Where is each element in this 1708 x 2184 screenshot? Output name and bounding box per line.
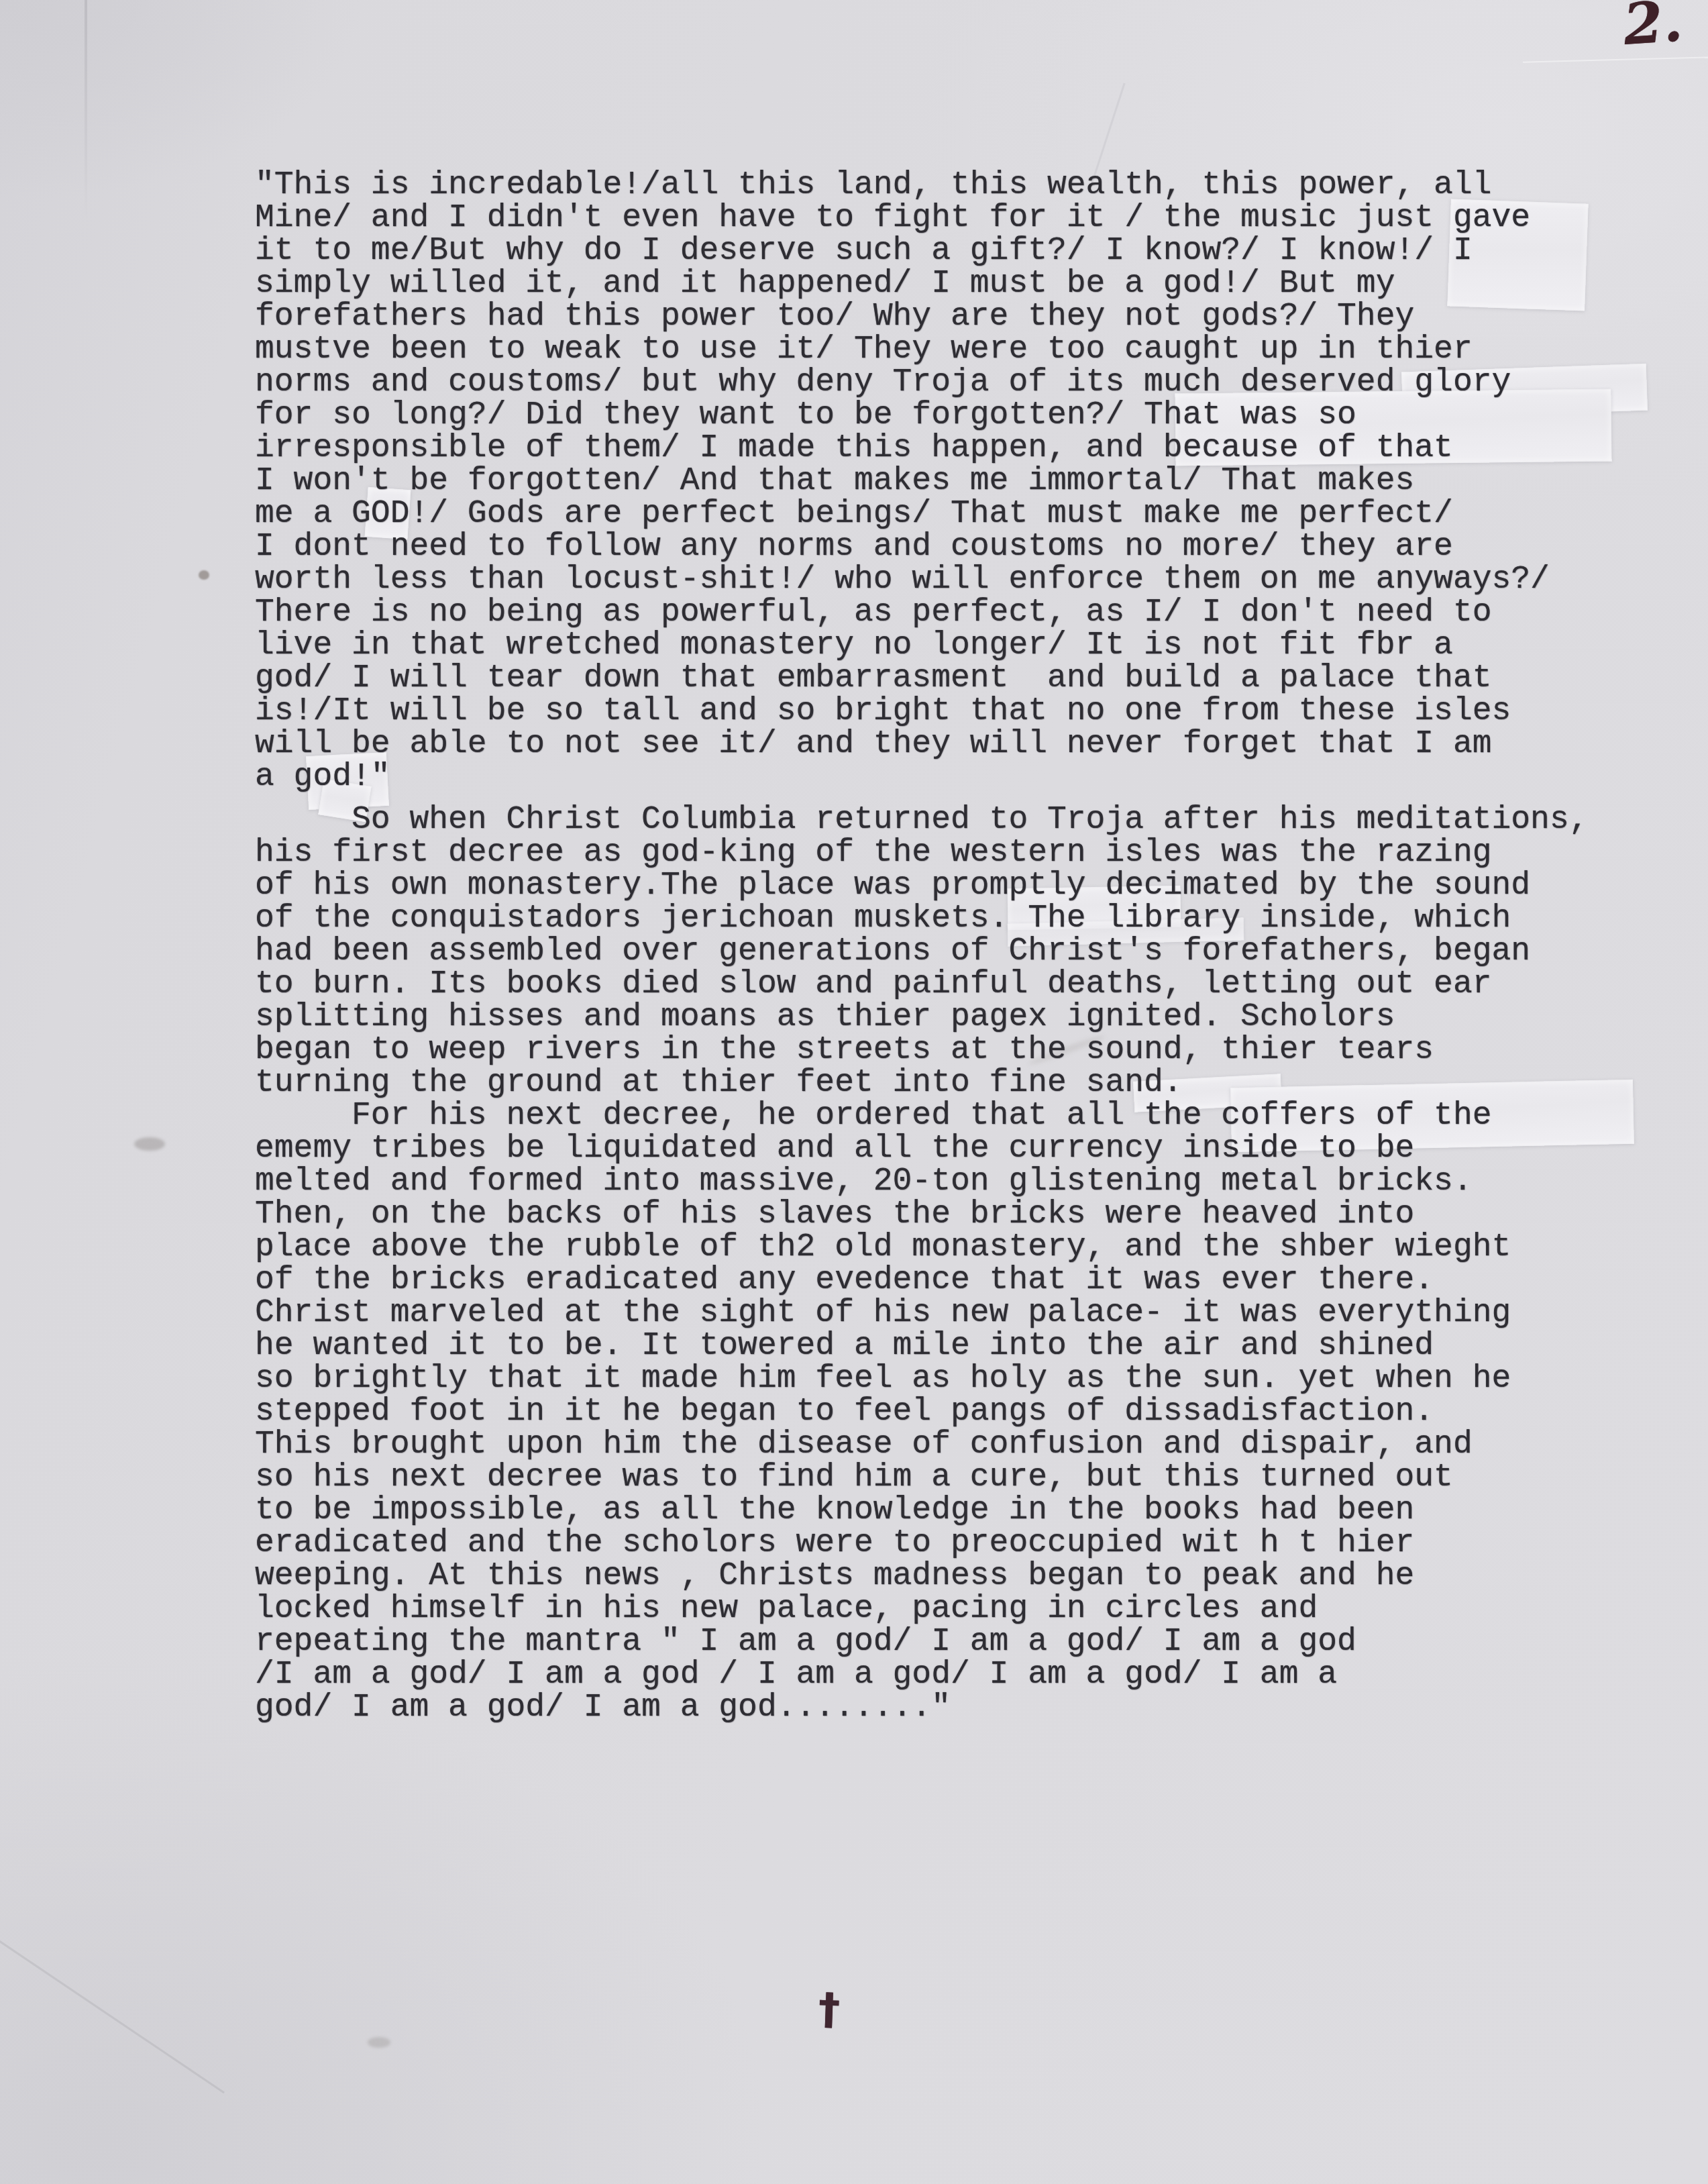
typed-line: so brightly that it made him feel as hol… — [255, 1363, 1589, 1396]
typed-line: to burn. Its books died slow and painful… — [255, 968, 1589, 1001]
typed-line: is!/It will be so tall and so bright tha… — [255, 695, 1589, 728]
typed-line: melted and formed into massive, 20-ton g… — [255, 1165, 1589, 1198]
typed-line: a god!" — [255, 761, 1589, 794]
typed-line: ememy tribes be liquidated and all the c… — [255, 1133, 1589, 1165]
typed-line: so his next decree was to find him a cur… — [255, 1461, 1589, 1494]
handwritten-page-number: 2. — [1621, 0, 1685, 58]
typed-line: Christ marveled at the sight of his new … — [255, 1297, 1589, 1330]
typed-line: weeping. At this news , Christs madness … — [255, 1560, 1589, 1593]
typed-line: repeating the mantra " I am a god/ I am … — [255, 1626, 1589, 1659]
typed-line: So when Christ Columbia returned to Troj… — [255, 804, 1589, 837]
typed-line: splitting hisses and moans as thier page… — [255, 1001, 1589, 1034]
typed-line: For his next decree, he ordered that all… — [255, 1100, 1589, 1133]
typed-line: stepped foot in it he began to feel pang… — [255, 1396, 1589, 1428]
typed-line: This brought upon him the disease of con… — [255, 1428, 1589, 1461]
typed-line: live in that wretched monastery no longe… — [255, 629, 1589, 662]
typed-line: eradicated and the scholors were to preo… — [255, 1527, 1589, 1560]
typed-line: god/ I will tear down that embarrasment … — [255, 662, 1589, 695]
typed-line: simply willed it, and it happened/ I mus… — [255, 268, 1589, 301]
typed-line: had been assembled over generations of C… — [255, 935, 1589, 968]
typed-line: "This is incredable!/all this land, this… — [255, 169, 1589, 202]
typed-line: of his own monastery.The place was promp… — [255, 870, 1589, 902]
typed-line: turning the ground at thier feet into fi… — [255, 1067, 1589, 1100]
handwritten-cross-mark: † — [818, 1984, 841, 2034]
typed-line: norms and coustoms/ but why deny Troja o… — [255, 366, 1589, 399]
typed-line: place above the rubble of th2 old monast… — [255, 1231, 1589, 1264]
typed-line: his first decree as god-king of the west… — [255, 837, 1589, 870]
typed-line: it to me/But why do I deserve such a gif… — [255, 235, 1589, 268]
typed-line: mustve been to weak to use it/ They were… — [255, 333, 1589, 366]
typed-line: Then, on the backs of his slaves the bri… — [255, 1198, 1589, 1231]
typed-line: I dont need to follow any norms and cous… — [255, 531, 1589, 564]
typed-line: me a GOD!/ Gods are perfect beings/ That… — [255, 498, 1589, 531]
typed-line: forefathers had this power too/ Why are … — [255, 301, 1589, 333]
typed-text-block: "This is incredable!/all this land, this… — [255, 169, 1589, 1724]
crease — [85, 0, 87, 221]
typed-line: I won't be forgotten/ And that makes me … — [255, 465, 1589, 498]
typed-line: to be impossible, as all the knowledge i… — [255, 1494, 1589, 1527]
typed-line: will be able to not see it/ and they wil… — [255, 728, 1589, 761]
smudge — [368, 2037, 390, 2048]
typed-line: of the conquistadors jerichoan muskets. … — [255, 902, 1589, 935]
typed-line: god/ I am a god/ I am a god........" — [255, 1692, 1589, 1724]
typed-line: irresponsible of them/ I made this happe… — [255, 432, 1589, 465]
typed-line: There is no being as powerful, as perfec… — [255, 596, 1589, 629]
typed-line: /I am a god/ I am a god / I am a god/ I … — [255, 1659, 1589, 1692]
typed-line: locked himself in his new palace, pacing… — [255, 1593, 1589, 1626]
typed-line: Mine/ and I didn't even have to fight fo… — [255, 202, 1589, 235]
crease — [0, 1934, 225, 2093]
smudge — [134, 1137, 165, 1151]
typed-line: began to weep rivers in the streets at t… — [255, 1034, 1589, 1067]
crease — [1523, 56, 1708, 62]
typed-line: for so long?/ Did they want to be forgot… — [255, 399, 1589, 432]
typed-line: he wanted it to be. It towered a mile in… — [255, 1330, 1589, 1363]
smudge — [199, 570, 209, 580]
typed-line: of the bricks eradicated any evedence th… — [255, 1264, 1589, 1297]
typed-line: worth less than locust-shit!/ who will e… — [255, 564, 1589, 596]
scanned-typewritten-page: 2. "This is incredable!/all this land, t… — [0, 0, 1708, 2184]
